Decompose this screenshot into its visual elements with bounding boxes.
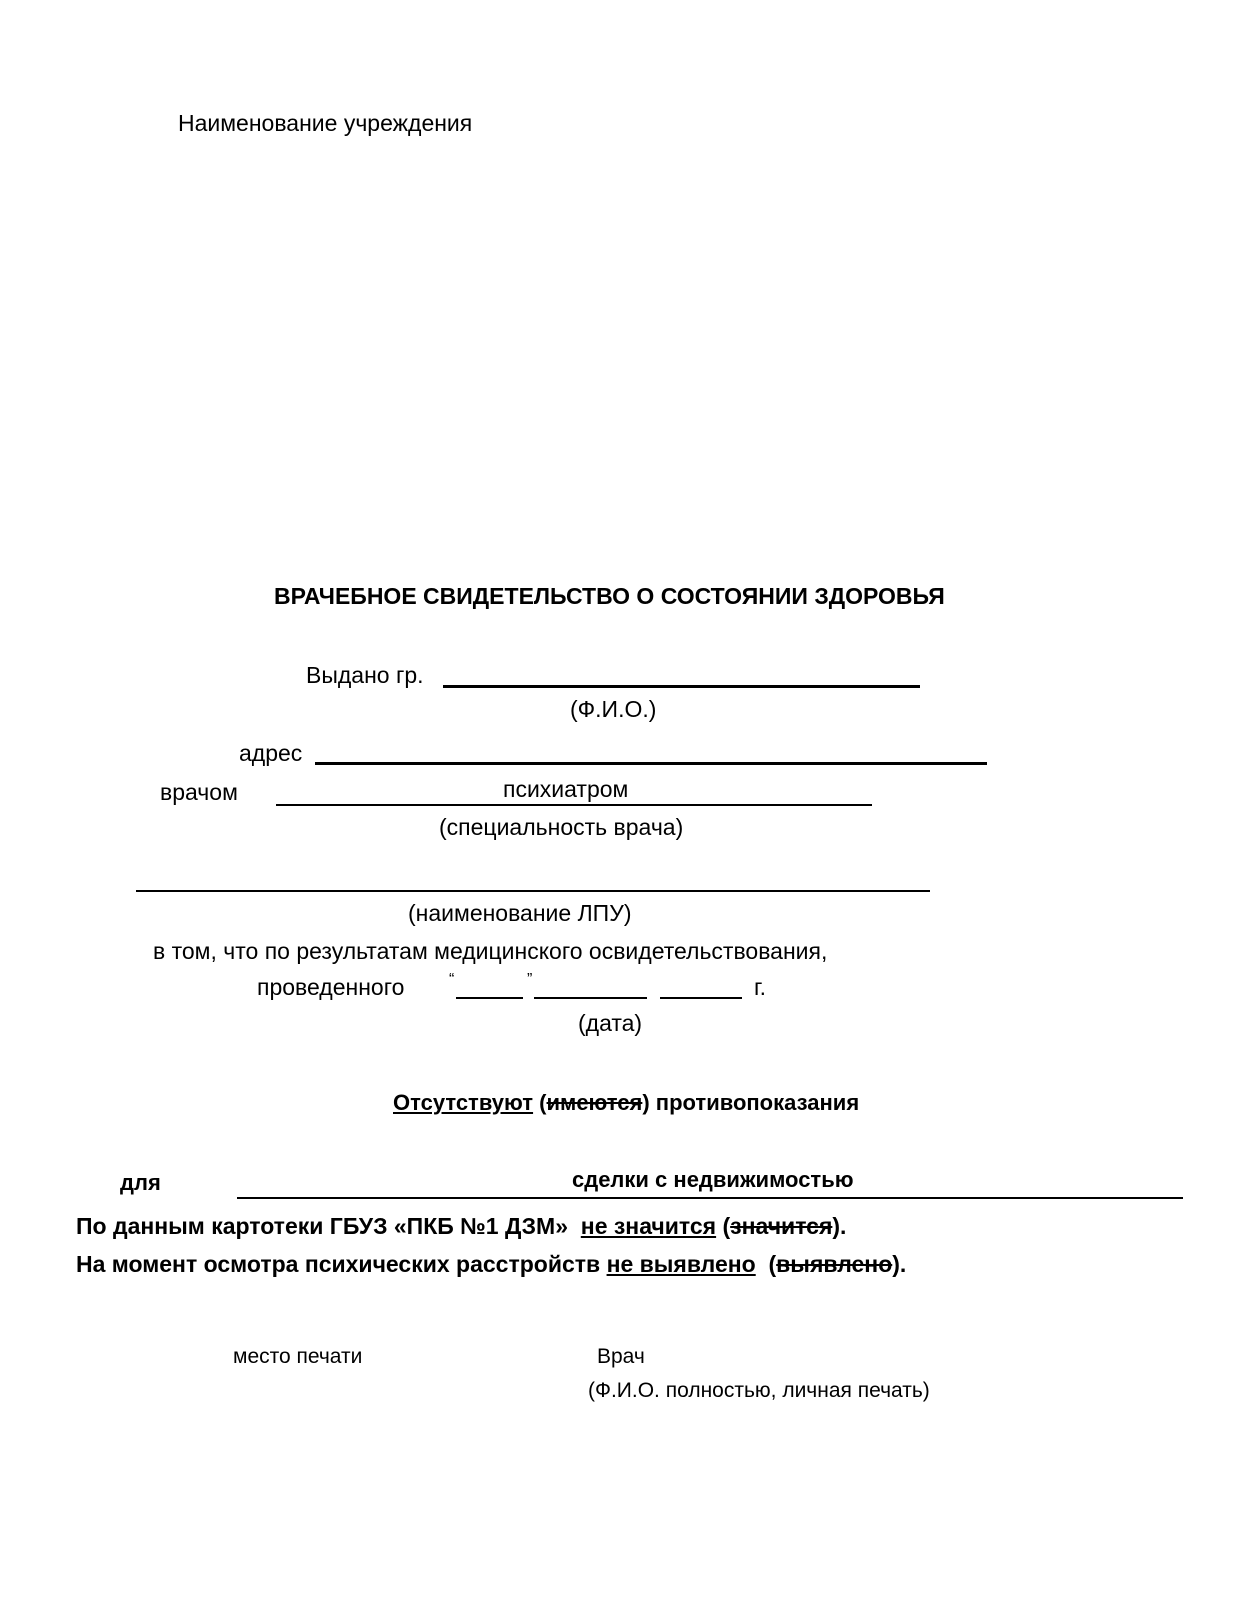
purpose-label: для [120,1172,161,1194]
doctor-specialty-line [276,804,872,806]
purpose-value[interactable]: сделки с недвижимостью [572,1169,854,1191]
address-label: адрес [239,742,302,765]
exam-date-year-field[interactable] [660,997,742,999]
clinic-field[interactable] [136,890,930,892]
doctor-specialty-value[interactable]: психиатром [503,778,628,801]
signature-label: Врач [597,1346,645,1367]
stamp-place-label: место печати [233,1346,362,1367]
registry-selected: не значится [581,1213,716,1239]
address-field[interactable] [315,762,987,765]
issued-to-field[interactable] [443,685,920,688]
contraindications-selected: Отсутствуют [393,1090,533,1115]
contraindications-line: Отсутствуют (имеются) противопоказания [393,1092,859,1114]
signature-caption: (Ф.И.О. полностью, личная печать) [588,1380,930,1401]
exam-date-caption: (дата) [578,1012,642,1035]
exam-date-label: проведенного [257,976,404,999]
exam-date-day-field[interactable] [456,997,523,999]
contraindications-struck: имеются [547,1090,643,1115]
document-title: ВРАЧЕБНОЕ СВИДЕТЕЛЬСТВО О СОСТОЯНИИ ЗДОР… [274,585,945,608]
issued-to-label: Выдано гр. [306,664,424,687]
registry-struck: значится [730,1213,832,1239]
exam-date-close-quote: ” [527,972,532,988]
doctor-label: врачом [160,781,238,804]
exam-date-open-quote: “ [449,972,454,988]
purpose-line [237,1197,1183,1199]
clinic-caption: (наименование ЛПУ) [408,902,631,925]
exam-result-struck: выявлено [776,1251,892,1277]
exam-result-selected: не выявлено [607,1251,756,1277]
doctor-specialty-caption: (специальность врача) [439,816,683,839]
exam-result-line: На момент осмотра психических расстройст… [76,1253,906,1276]
exam-date-year-suffix: г. [754,976,766,999]
issued-to-caption: (Ф.И.О.) [570,698,656,721]
exam-date-month-field[interactable] [534,997,647,999]
institution-label: Наименование учреждения [178,112,472,135]
statement-text: в том, что по результатам медицинского о… [153,940,827,963]
registry-line: По данным картотеки ГБУЗ «ПКБ №1 ДЗМ» не… [76,1215,846,1238]
